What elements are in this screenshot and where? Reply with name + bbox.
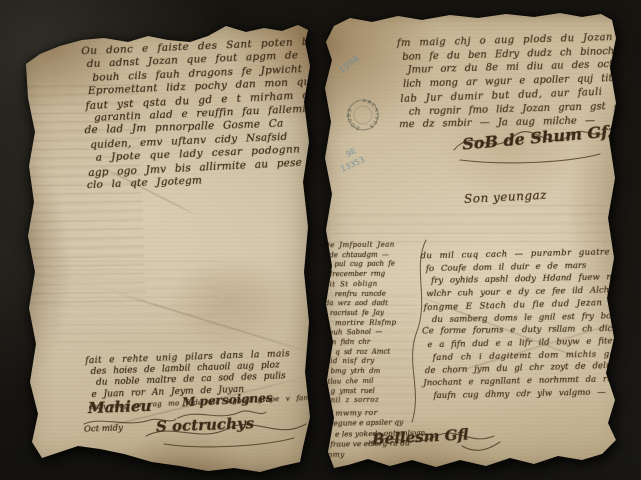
right-page-main-paragraph: du mil cuq cach — purambr guatre Jlwfo C… [420,246,641,403]
stamp-ring-text: · ARCHIVES · DOUBS · [341,93,386,138]
signature-flourish [450,120,612,166]
manuscript-scan: Ou donc e faiste des Sant poten betondu … [0,0,641,480]
manuscript-line: da wrz aod dadt [325,299,396,309]
signature-mahieu: Mahieu [88,397,152,417]
manuscript-line: pul cug pach fe [334,260,395,270]
left-page-top-paragraph: Ou donc e faiste des Sant poten betondu … [81,35,340,193]
right-leaf: 1594 · ARCHIVES · DOUBS · 9E 13353 fm ma… [320,8,634,474]
right-page-paper: 1594 · ARCHIVES · DOUBS · 9E 13353 fm ma… [320,8,634,474]
archive-stamp: · ARCHIVES · DOUBS · [337,89,388,140]
cote-annotation: 13353 [339,155,366,174]
manuscript-line: renfru rancde [335,289,396,299]
svg-text:· ARCHIVES · DOUBS ·: · ARCHIVES · DOUBS · [341,93,386,138]
bleed-through-text [53,253,220,351]
left-leaf: Ou donc e faiste des Sant poten betondu … [20,22,312,474]
manuscript-line: fit St oblign [327,279,397,290]
signature-flourish [366,426,506,454]
signature-flourish [144,414,314,448]
right-page-top-paragraph: fm maig chj o aug plods du Jozanbon fe d… [397,31,621,133]
manuscript-line: dnil z sorroz [326,396,397,406]
section-heading: Son yeungaz [464,188,548,206]
manuscript-line: bmg ytrh dm [330,367,396,377]
manuscript-line: De Jmfpoult Jean [324,241,395,251]
year-annotation: 1594 [337,54,361,76]
date-note: Oct midy [84,423,123,434]
margin-notes: De Jmfpoult Jeande chtaudgm —pul cug pac… [324,241,397,407]
manuscript-line: leuh Sabnol — [327,328,397,339]
left-page-paper: Ou donc e faiste des Sant poten betondu … [20,22,312,474]
manuscript-line: tlau che mil [328,376,398,387]
